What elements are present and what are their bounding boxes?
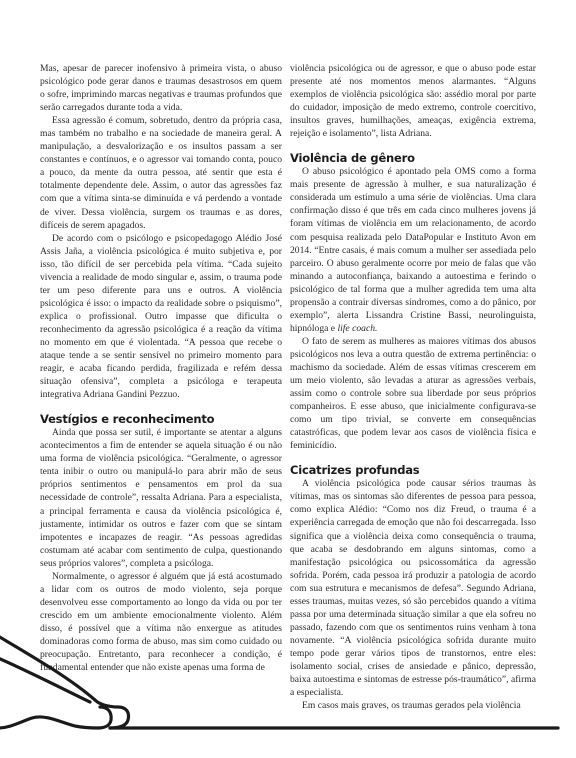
paragraph: De acordo com o psicólogo e psicopedagog… xyxy=(40,232,282,402)
section-heading: Violência de gênero xyxy=(290,152,536,165)
article-right-column: violência psicológica ou de agressor, e … xyxy=(290,62,536,712)
section-heading: Cicatrizes profundas xyxy=(290,464,536,477)
article-left-column: Mas, apesar de parecer inofensivo à prim… xyxy=(40,62,282,674)
italic-term: life coach. xyxy=(337,323,377,334)
paragraph: O abuso psicológico é apontado pela OMS … xyxy=(290,165,536,335)
paragraph: Essa agressão é comum, sobretudo, dentro… xyxy=(40,114,282,231)
section-heading: Vestígios e reconhecimento xyxy=(40,413,282,426)
paragraph: O fato de serem as mulheres as maiores v… xyxy=(290,335,536,452)
finger-pressing-line-icon xyxy=(0,630,576,758)
paragraph: Mas, apesar de parecer inofensivo à prim… xyxy=(40,62,282,114)
paragraph: violência psicológica ou de agressor, e … xyxy=(290,62,536,140)
paragraph-text: O abuso psicológico é apontado pela OMS … xyxy=(290,166,536,334)
paragraph: Ainda que possa ser sutil, é importante … xyxy=(40,426,282,570)
